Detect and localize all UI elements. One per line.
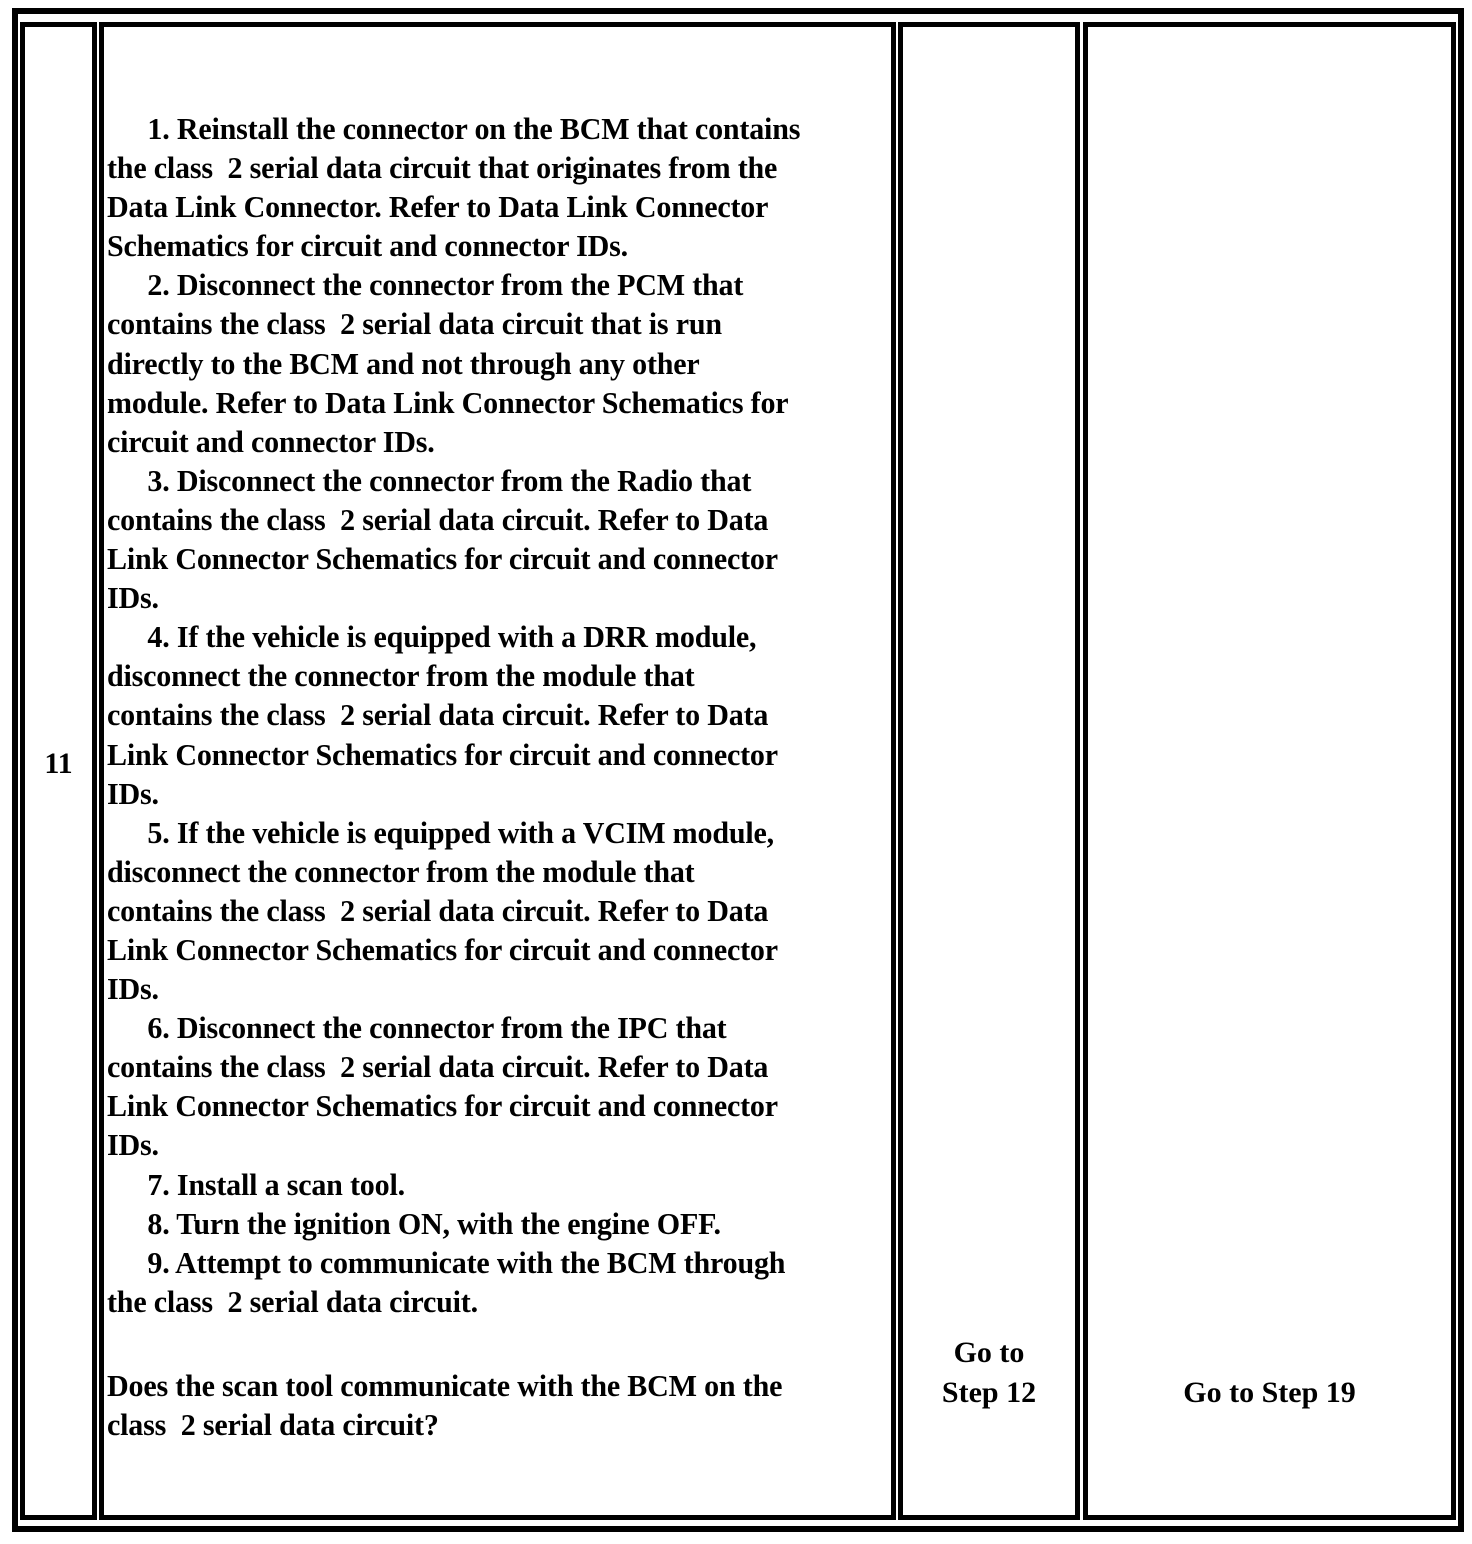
text-line: Link Connector Schematics for circuit an… xyxy=(107,931,885,970)
text-line: Link Connector Schematics for circuit an… xyxy=(107,1087,885,1126)
no-cell: Go to Step 19 xyxy=(1083,22,1456,1520)
text-line: directly to the BCM and not through any … xyxy=(107,345,885,384)
text-line: the class 2 serial data circuit. xyxy=(107,1283,885,1322)
diagnostic-table: 11 1. Reinstall the connector on the BCM… xyxy=(12,8,1464,1532)
text-line: contains the class 2 serial data circuit… xyxy=(107,892,885,931)
step-number: 11 xyxy=(25,744,92,783)
step-item-start: 9. Attempt to communicate with the BCM t… xyxy=(107,1244,885,1283)
text-line: contains the class 2 serial data circuit… xyxy=(107,501,885,540)
text-line: Data Link Connector. Refer to Data Link … xyxy=(107,188,885,227)
text-line: Link Connector Schematics for circuit an… xyxy=(107,736,885,775)
text-line: contains the class 2 serial data circuit… xyxy=(107,696,885,735)
yes-result-line-2: Step 12 xyxy=(903,1373,1075,1413)
step-item-start: 5. If the vehicle is equipped with a VCI… xyxy=(107,814,885,853)
text-line: Does the scan tool communicate with the … xyxy=(107,1367,885,1406)
text-line: IDs. xyxy=(107,579,885,618)
action-text: 1. Reinstall the connector on the BCM th… xyxy=(107,110,885,1445)
text-line: circuit and connector IDs. xyxy=(107,423,885,462)
blank-line xyxy=(107,1322,885,1367)
step-item-start: 1. Reinstall the connector on the BCM th… xyxy=(107,110,885,149)
text-line: contains the class 2 serial data circuit… xyxy=(107,305,885,344)
yes-result: Go to Step 12 xyxy=(903,1333,1075,1413)
step-item-start: 8. Turn the ignition ON, with the engine… xyxy=(107,1205,885,1244)
yes-cell: Go to Step 12 xyxy=(898,22,1080,1520)
step-item-start: 4. If the vehicle is equipped with a DRR… xyxy=(107,618,885,657)
text-line: IDs. xyxy=(107,775,885,814)
text-line: IDs. xyxy=(107,970,885,1009)
yes-result-line-1: Go to xyxy=(903,1333,1075,1373)
text-line: disconnect the connector from the module… xyxy=(107,853,885,892)
text-line: IDs. xyxy=(107,1126,885,1165)
step-item-start: 7. Install a scan tool. xyxy=(107,1166,885,1205)
text-line: Link Connector Schematics for circuit an… xyxy=(107,540,885,579)
text-line: disconnect the connector from the module… xyxy=(107,657,885,696)
text-line: module. Refer to Data Link Connector Sch… xyxy=(107,384,885,423)
step-item-start: 6. Disconnect the connector from the IPC… xyxy=(107,1009,885,1048)
text-line: class 2 serial data circuit? xyxy=(107,1406,885,1445)
step-number-cell: 11 xyxy=(20,22,97,1520)
text-line: the class 2 serial data circuit that ori… xyxy=(107,149,885,188)
action-cell: 1. Reinstall the connector on the BCM th… xyxy=(99,22,896,1520)
step-item-start: 2. Disconnect the connector from the PCM… xyxy=(107,266,885,305)
text-line: contains the class 2 serial data circuit… xyxy=(107,1048,885,1087)
text-line: Schematics for circuit and connector IDs… xyxy=(107,227,885,266)
no-result: Go to Step 19 xyxy=(1088,1373,1451,1413)
step-item-start: 3. Disconnect the connector from the Rad… xyxy=(107,462,885,501)
